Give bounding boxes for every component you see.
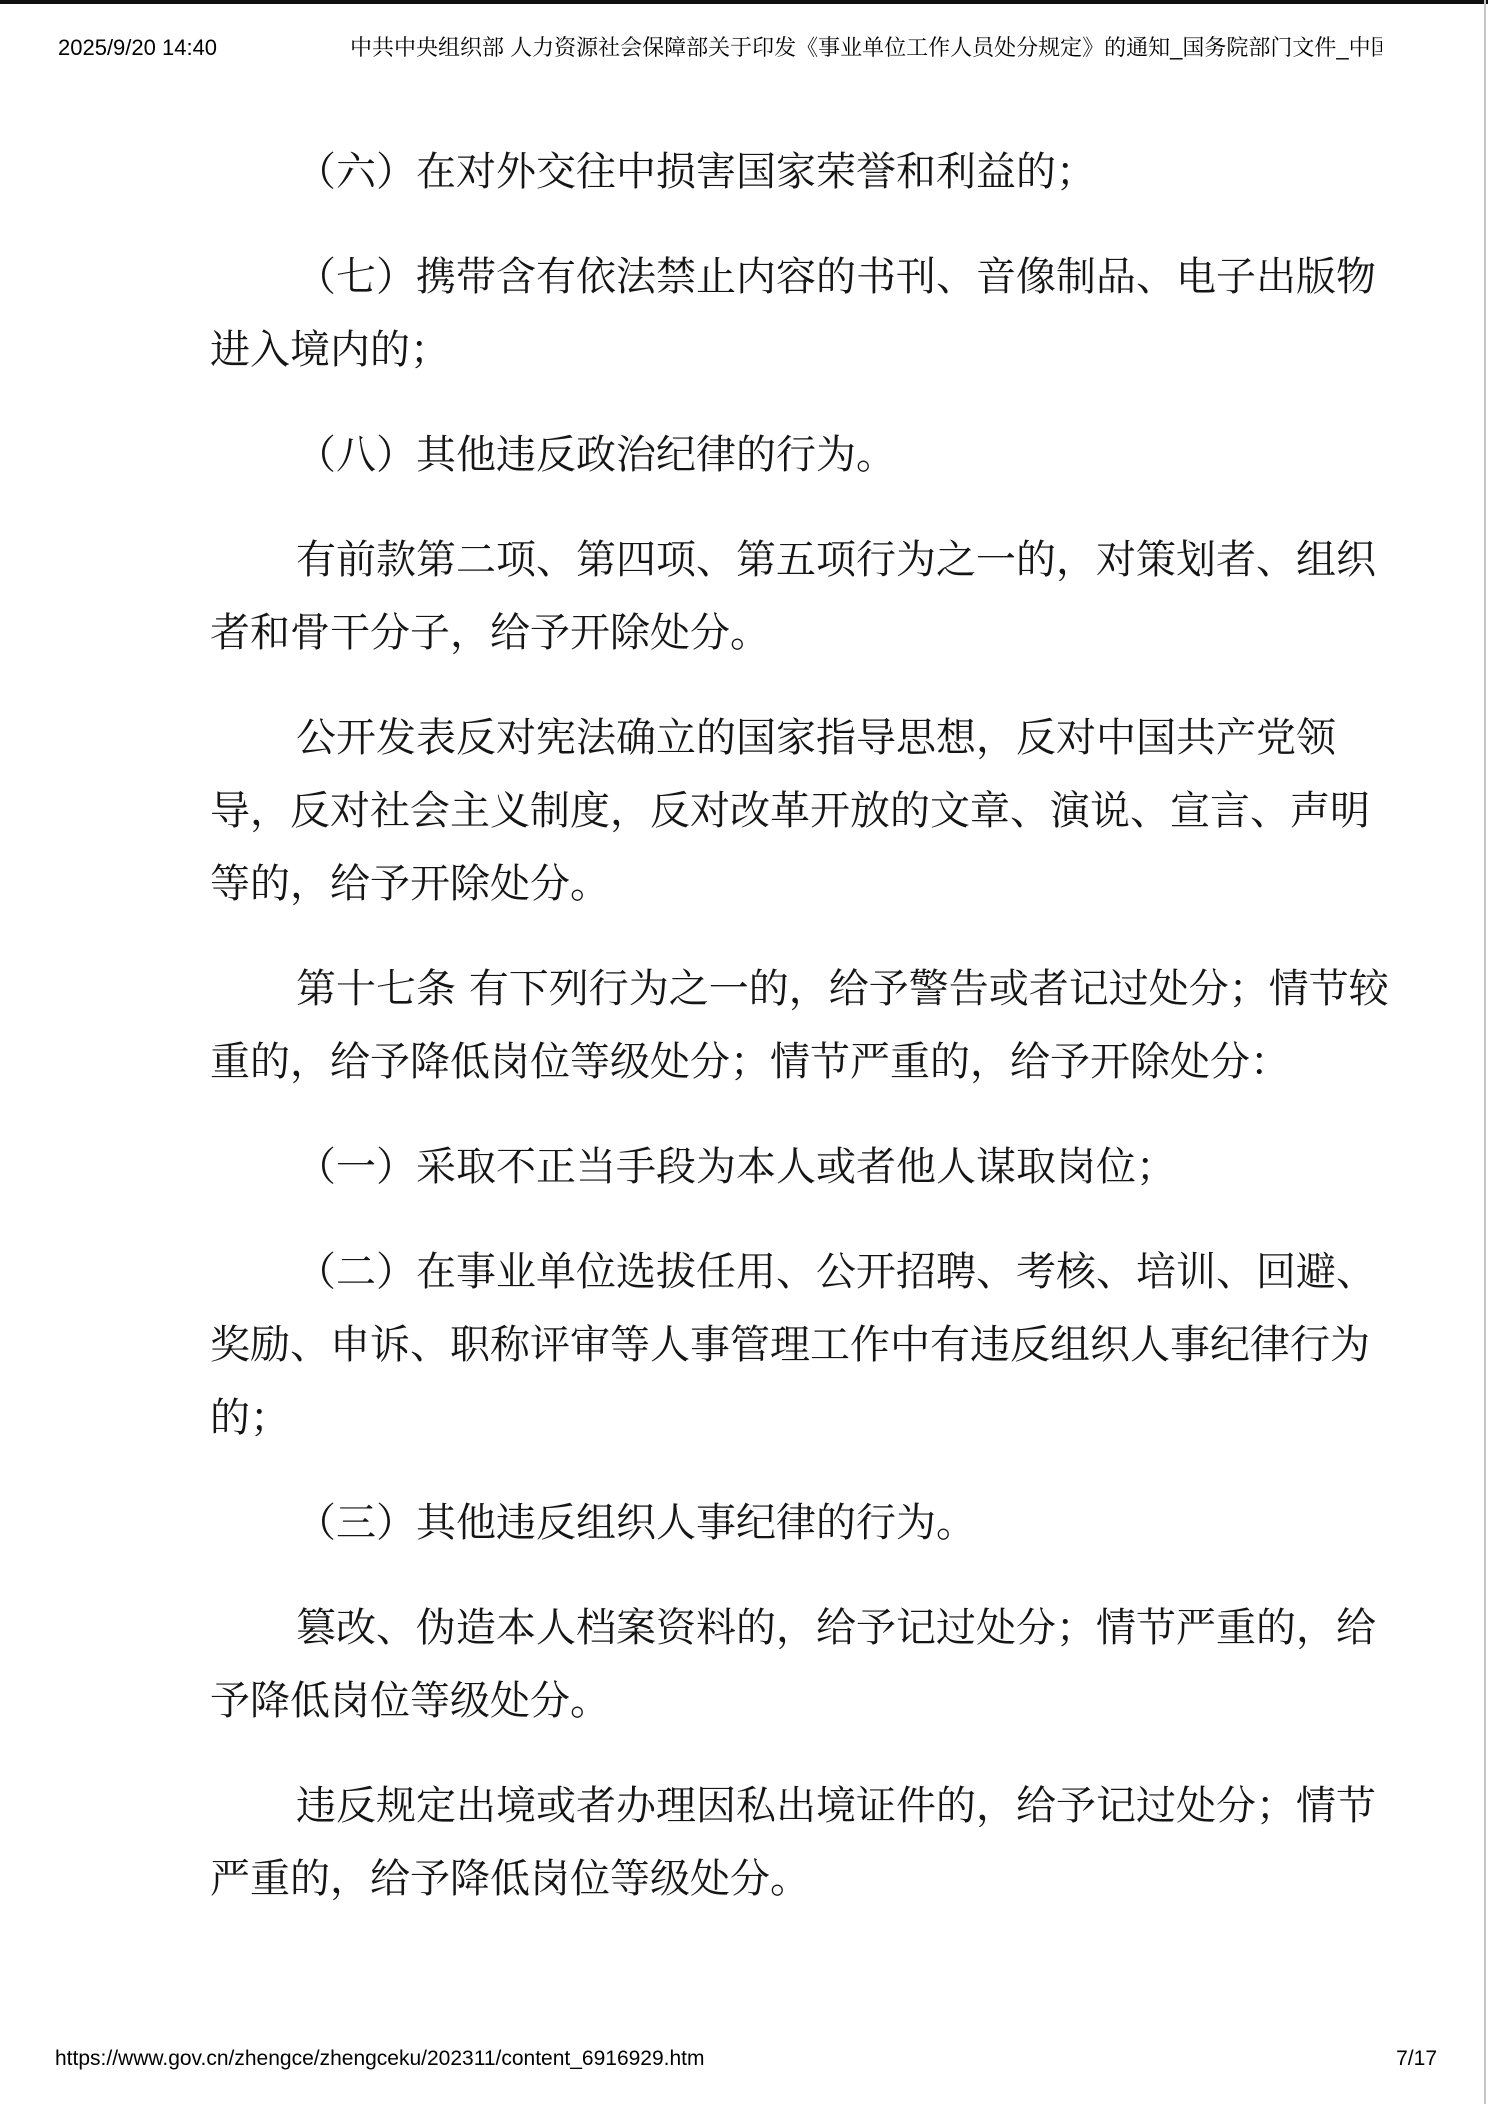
text-line: （八）其他违反政治纪律的行为。 [210, 419, 1278, 492]
right-window-edge [1484, 0, 1486, 2104]
paragraph: （二）在事业单位选拔任用、公开招聘、考核、培训、回避、奖励、申诉、职称评审等人事… [210, 1236, 1278, 1455]
text-line: 的； [210, 1382, 1278, 1455]
text-line: 第十七条 有下列行为之一的，给予警告或者记过处分；情节较 [210, 953, 1278, 1026]
paragraph: 第十七条 有下列行为之一的，给予警告或者记过处分；情节较重的，给予降低岗位等级处… [210, 953, 1278, 1099]
paragraph: （七）携带含有依法禁止内容的书刊、音像制品、电子出版物进入境内的； [210, 241, 1278, 387]
text-line: （二）在事业单位选拔任用、公开招聘、考核、培训、回避、 [210, 1236, 1278, 1309]
footer-page-number: 7/17 [1396, 2046, 1437, 2072]
text-line: 有前款第二项、第四项、第五项行为之一的，对策划者、组织 [210, 524, 1278, 597]
text-line: 严重的，给予降低岗位等级处分。 [210, 1843, 1278, 1916]
window-top-edge [0, 0, 1488, 4]
text-line: 等的，给予开除处分。 [210, 848, 1278, 921]
text-line: 者和骨干分子，给予开除处分。 [210, 597, 1278, 670]
text-line: （七）携带含有依法禁止内容的书刊、音像制品、电子出版物 [210, 241, 1278, 314]
paragraph: （六）在对外交往中损害国家荣誉和利益的； [210, 136, 1278, 209]
text-line: （六）在对外交往中损害国家荣誉和利益的； [210, 136, 1278, 209]
text-line: 篡改、伪造本人档案资料的，给予记过处分；情节严重的，给 [210, 1592, 1278, 1665]
print-page: 2025/9/20 14:40 中共中央组织部 人力资源社会保障部关于印发《事业… [0, 0, 1488, 2104]
text-line: 进入境内的； [210, 314, 1278, 387]
paragraph: 违反规定出境或者办理因私出境证件的，给予记过处分；情节严重的，给予降低岗位等级处… [210, 1770, 1278, 1916]
text-line: （一）采取不正当手段为本人或者他人谋取岗位； [210, 1131, 1278, 1204]
paragraph: 公开发表反对宪法确立的国家指导思想，反对中国共产党领导，反对社会主义制度，反对改… [210, 702, 1278, 921]
text-line: 奖励、申诉、职称评审等人事管理工作中有违反组织人事纪律行为 [210, 1309, 1278, 1382]
document-body: （六）在对外交往中损害国家荣誉和利益的；（七）携带含有依法禁止内容的书刊、音像制… [210, 136, 1278, 1948]
paragraph: （一）采取不正当手段为本人或者他人谋取岗位； [210, 1131, 1278, 1204]
footer-url: https://www.gov.cn/zhengce/zhengceku/202… [55, 2046, 705, 2072]
text-line: （三）其他违反组织人事纪律的行为。 [210, 1487, 1278, 1560]
text-line: 予降低岗位等级处分。 [210, 1665, 1278, 1738]
text-line: 导，反对社会主义制度，反对改革开放的文章、演说、宣言、声明 [210, 775, 1278, 848]
text-line: 公开发表反对宪法确立的国家指导思想，反对中国共产党领 [210, 702, 1278, 775]
paragraph: 有前款第二项、第四项、第五项行为之一的，对策划者、组织者和骨干分子，给予开除处分… [210, 524, 1278, 670]
paragraph: （八）其他违反政治纪律的行为。 [210, 419, 1278, 492]
paragraph: 篡改、伪造本人档案资料的，给予记过处分；情节严重的，给予降低岗位等级处分。 [210, 1592, 1278, 1738]
header-title: 中共中央组织部 人力资源社会保障部关于印发《事业单位工作人员处分规定》的通知_国… [350, 34, 1382, 62]
paragraph: （三）其他违反组织人事纪律的行为。 [210, 1487, 1278, 1560]
header-datetime: 2025/9/20 14:40 [58, 34, 217, 62]
text-line: 违反规定出境或者办理因私出境证件的，给予记过处分；情节 [210, 1770, 1278, 1843]
text-line: 重的，给予降低岗位等级处分；情节严重的，给予开除处分： [210, 1026, 1278, 1099]
